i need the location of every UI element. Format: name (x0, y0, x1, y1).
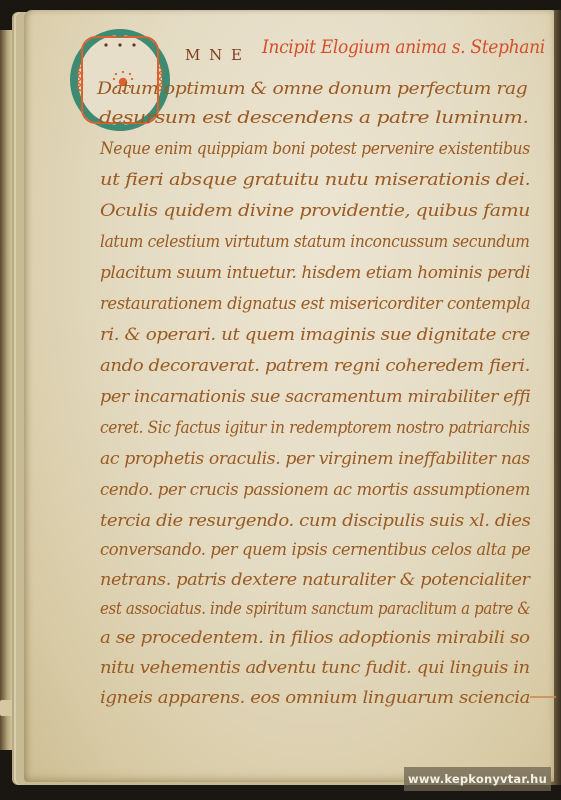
text-line: est associatus. inde spiritum sanctum pa… (100, 599, 530, 619)
text-line: ri. & operari. ut quem imaginis sue dign… (100, 325, 530, 345)
text-line: ut fieri absque gratuitu nutu miseration… (100, 170, 530, 190)
text-line: ando decoraverat. patrem regni coheredem… (100, 356, 530, 376)
text-line: Neque enim quippiam boni potest pervenir… (100, 139, 530, 159)
watermark-url: www.kepkonyvtar.hu (404, 767, 551, 791)
text-line: conversando. per quem ipsis cernentibus … (100, 540, 530, 560)
text-line: desursum est descendens a patre luminum. (99, 108, 528, 128)
text-line: cendo. per crucis passionem ac mortis as… (100, 480, 530, 500)
text-line: netrans. patris dextere naturaliter & po… (100, 570, 530, 590)
text-line: nitu vehementis adventu tunc fudit. qui … (100, 658, 530, 678)
text-line: ceret. Sic factus igitur in redemptorem … (100, 418, 530, 438)
text-line: placitum suum intuetur. hisdem etiam hom… (100, 263, 530, 283)
margin-mark (530, 696, 556, 698)
text-line: a se procedentem. in filios adoptionis m… (100, 628, 530, 648)
text-line: per incarnationis sue sacramentum mirabi… (100, 387, 531, 407)
text-line: tercia die resurgendo. cum discipulis su… (100, 511, 530, 531)
rubric-heading: Incipit Elogium anima s. Stephani (262, 36, 545, 58)
text-line: latum celestium virtutum statum inconcus… (100, 232, 530, 252)
text-line: Oculis quidem divine providentie, quibus… (100, 201, 530, 221)
text-line: restaurationem dignatus est misericordit… (100, 294, 530, 314)
opening-capitals: M N E (185, 46, 244, 64)
text-line: ac prophetis oraculis. per virginem inef… (100, 449, 530, 469)
text-line: Datum optimum & omne donum perfectum rag (97, 79, 527, 99)
text-line: igneis apparens. eos omnium linguarum sc… (100, 688, 530, 708)
